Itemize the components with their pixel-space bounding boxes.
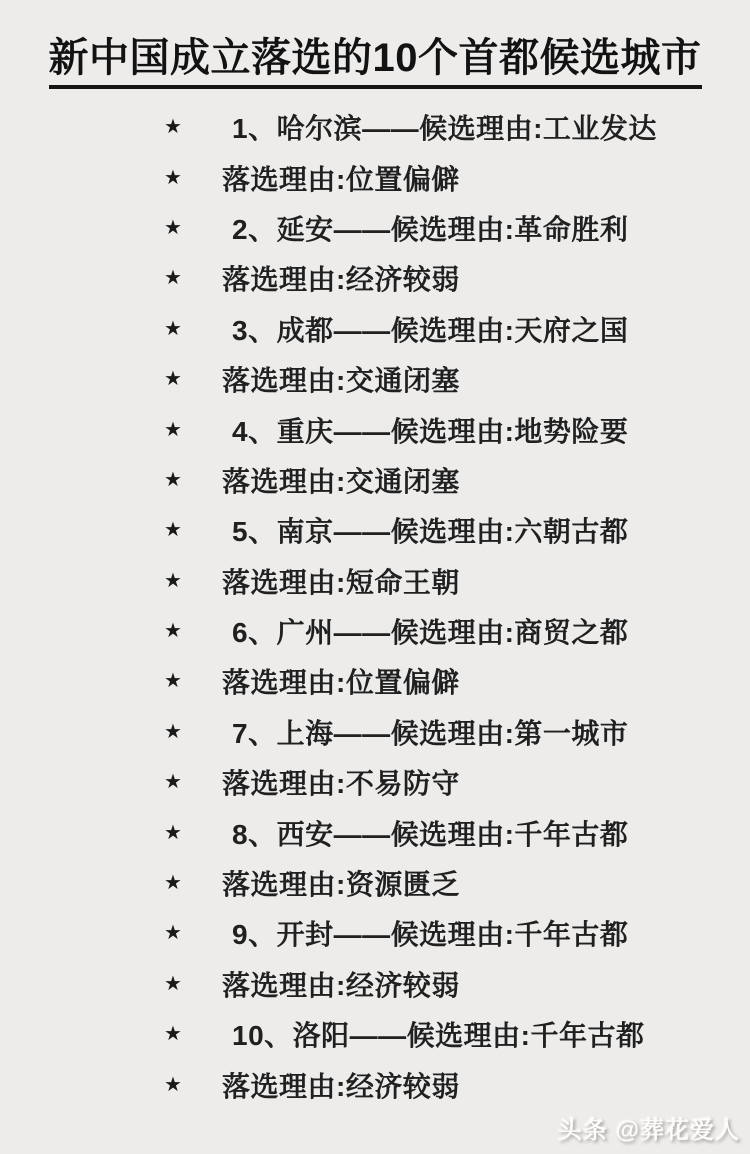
page-title: 新中国成立落选的10个首都候选城市: [49, 34, 702, 89]
star-icon: ★: [164, 772, 222, 792]
list-item-text: 落选理由:位置偏僻: [222, 661, 460, 701]
star-icon: ★: [164, 218, 222, 238]
star-icon: ★: [164, 319, 222, 339]
list-item-reject-9: ★落选理由:经济较弱: [164, 959, 750, 1009]
star-icon: ★: [164, 571, 222, 591]
star-icon: ★: [164, 722, 222, 742]
list-item-city-2: ★2、延安——候选理由:革命胜利: [164, 203, 750, 253]
list-item-text: 5、南京——候选理由:六朝古都: [232, 510, 628, 550]
list-item-reject-4: ★落选理由:交通闭塞: [164, 455, 750, 505]
list-item-city-7: ★7、上海——候选理由:第一城市: [164, 707, 750, 757]
list-item-city-4: ★4、重庆——候选理由:地势险要: [164, 404, 750, 454]
list-item-reject-8: ★落选理由:资源匮乏: [164, 858, 750, 908]
list-item-text: 落选理由:位置偏僻: [222, 158, 460, 198]
list-item-reject-5: ★落选理由:短命王朝: [164, 556, 750, 606]
list-item-reject-10: ★落选理由:经济较弱: [164, 1059, 750, 1109]
star-icon: ★: [164, 470, 222, 490]
list-item-city-3: ★3、成都——候选理由:天府之国: [164, 304, 750, 354]
list-item-city-8: ★8、西安——候选理由:千年古都: [164, 807, 750, 857]
watermark: 头条 @葬花爱人: [558, 1110, 740, 1145]
star-icon: ★: [164, 923, 222, 943]
list-item-text: 7、上海——候选理由:第一城市: [232, 712, 628, 752]
star-icon: ★: [164, 117, 222, 137]
star-icon: ★: [164, 520, 222, 540]
city-list: ★1、哈尔滨——候选理由:工业发达 ★落选理由:位置偏僻 ★2、延安——候选理由…: [0, 102, 750, 1110]
star-icon: ★: [164, 621, 222, 641]
star-icon: ★: [164, 168, 222, 188]
star-icon: ★: [164, 873, 222, 893]
list-item-text: 落选理由:经济较弱: [222, 964, 460, 1004]
list-item-text: 落选理由:交通闭塞: [222, 460, 460, 500]
list-item-city-1: ★1、哈尔滨——候选理由:工业发达: [164, 102, 750, 152]
list-item-city-6: ★6、广州——候选理由:商贸之都: [164, 606, 750, 656]
star-icon: ★: [164, 420, 222, 440]
list-item-text: 3、成都——候选理由:天府之国: [232, 309, 628, 349]
list-item-text: 6、广州——候选理由:商贸之都: [232, 611, 628, 651]
list-item-reject-3: ★落选理由:交通闭塞: [164, 354, 750, 404]
list-item-reject-7: ★落选理由:不易防守: [164, 757, 750, 807]
list-item-reject-6: ★落选理由:位置偏僻: [164, 656, 750, 706]
list-item-text: 落选理由:资源匮乏: [222, 863, 460, 903]
list-item-text: 10、洛阳——候选理由:千年古都: [232, 1014, 644, 1054]
star-icon: ★: [164, 1024, 222, 1044]
list-item-text: 1、哈尔滨——候选理由:工业发达: [232, 107, 657, 147]
star-icon: ★: [164, 369, 222, 389]
list-item-text: 落选理由:经济较弱: [222, 1065, 460, 1105]
list-item-text: 落选理由:经济较弱: [222, 258, 460, 298]
star-icon: ★: [164, 671, 222, 691]
list-item-text: 9、开封——候选理由:千年古都: [232, 913, 628, 953]
list-item-text: 落选理由:交通闭塞: [222, 359, 460, 399]
list-item-city-10: ★10、洛阳——候选理由:千年古都: [164, 1009, 750, 1059]
list-item-text: 落选理由:短命王朝: [222, 561, 460, 601]
list-item-city-5: ★5、南京——候选理由:六朝古都: [164, 505, 750, 555]
list-item-city-9: ★9、开封——候选理由:千年古都: [164, 908, 750, 958]
list-item-text: 2、延安——候选理由:革命胜利: [232, 208, 628, 248]
list-item-text: 8、西安——候选理由:千年古都: [232, 813, 628, 853]
star-icon: ★: [164, 268, 222, 288]
title-bar: 新中国成立落选的10个首都候选城市: [0, 0, 750, 89]
list-item-reject-2: ★落选理由:经济较弱: [164, 253, 750, 303]
star-icon: ★: [164, 823, 222, 843]
list-item-reject-1: ★落选理由:位置偏僻: [164, 152, 750, 202]
list-item-text: 4、重庆——候选理由:地势险要: [232, 410, 628, 450]
star-icon: ★: [164, 1075, 222, 1095]
star-icon: ★: [164, 974, 222, 994]
list-item-text: 落选理由:不易防守: [222, 762, 460, 802]
